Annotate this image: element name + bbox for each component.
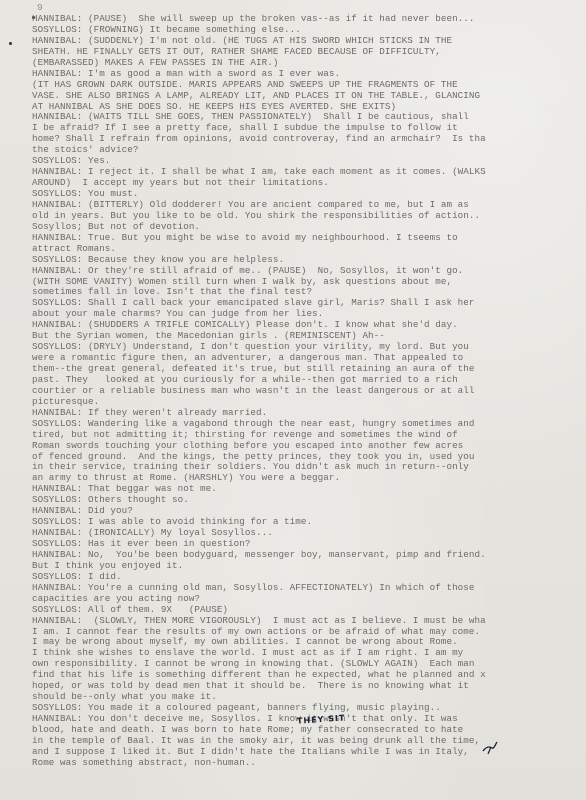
script-line: SOSYLLOS: Because they know you are help…: [32, 255, 586, 266]
page-number: 9: [37, 2, 43, 13]
typewritten-page: 9 HANNIBAL: (PAUSE) She will sweep up th…: [0, 0, 586, 800]
script-line: attract Romans.: [32, 244, 586, 255]
script-line: HANNIBAL: (SLOWLY, THEN MORE VIGOROUSLY)…: [32, 616, 586, 627]
script-line: VASE. SHE ALSO BRINGS A LAMP, ALREADY LI…: [32, 91, 586, 102]
script-line: SOSYLLOS: All of them. 9X (PAUSE): [32, 605, 586, 616]
script-line: (IT HAS GROWN DARK OUTSIDE. MARIS APPEAR…: [32, 80, 586, 91]
script-line: SOSYLLOS: Wandering like a vagabond thro…: [32, 419, 586, 430]
script-line: courtier or a reliable business man who …: [32, 386, 586, 397]
script-line: Roman swords touching your clothing befo…: [32, 441, 586, 452]
script-line: HANNIBAL: I'm as good a man with a sword…: [32, 69, 586, 80]
script-line: tired, but not admitting it; thirsting f…: [32, 430, 586, 441]
script-line: the stoics' advice?: [32, 145, 586, 156]
script-line: Rome was something abstract, non-human..: [32, 758, 586, 769]
script-line: HANNIBAL: Or they're still afraid of me.…: [32, 266, 586, 277]
script-text-body: HANNIBAL: (PAUSE) She will sweep up the …: [32, 14, 586, 769]
handwritten-insertion-mark: [482, 741, 498, 755]
margin-dot-mark: [9, 42, 12, 45]
script-line: capacities are you acting now?: [32, 594, 586, 605]
